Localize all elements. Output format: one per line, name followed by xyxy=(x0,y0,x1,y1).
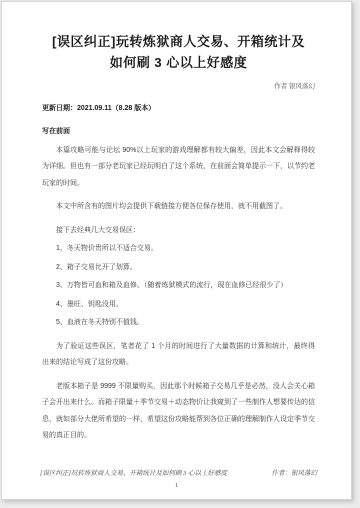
paragraph-intro: 本篇攻略可能与论坛 90%以上玩家的游戏理解都有较大偏差，因此本文会解释得较为详… xyxy=(42,143,315,193)
paragraph-misconceptions-lead: 接下去经典几大交易误区： xyxy=(42,223,315,240)
paragraph-old-version: 老版本箱子是 9999 不限量购买，因此那个时候箱子交易几乎是必然，没人会关心箱… xyxy=(42,379,315,445)
list-item: 4、墨旺、钥匙没用。 xyxy=(42,297,315,314)
list-item: 1、冬天物价贵所以不适合交易。 xyxy=(42,241,315,258)
document-page: [误区纠正]玩转炼狱商人交易、开箱统计及 如何刷 3 心以上好感度 作者 银风落… xyxy=(1,1,352,500)
footer-author: 作者：银风落幻 xyxy=(272,468,318,477)
list-item: 2、箱子交易比开了划算。 xyxy=(42,260,315,277)
footer-title: [误区纠正]玩转炼狱商人交易、开箱统计及如何刷 3 心以上好感度 xyxy=(40,468,227,477)
page-footer: [误区纠正]玩转炼狱商人交易、开箱统计及如何刷 3 心以上好感度 作者：银风落幻 xyxy=(40,468,317,477)
title-line-2: 如何刷 3 心以上好感度 xyxy=(42,53,315,74)
section-heading-foreword: 写在前面 xyxy=(42,126,315,136)
paragraph-images-note: 本文中所含有的图片均会提供下载链接方便各位保存使用，就不用截图了。 xyxy=(42,199,315,216)
paragraph-verification: 为了验证这些误区，笔者花了 1 个月的时间进行了大量数据的计算和统计，最终得出来… xyxy=(42,339,315,372)
author-byline: 作者 银风落幻 xyxy=(42,81,315,90)
title-line-1: [误区纠正]玩转炼狱商人交易、开箱统计及 xyxy=(42,32,315,53)
page-title: [误区纠正]玩转炼狱商人交易、开箱统计及 如何刷 3 心以上好感度 xyxy=(42,32,315,74)
page-number: 1 xyxy=(2,482,351,489)
document-viewer: [误区纠正]玩转炼狱商人交易、开箱统计及 如何刷 3 心以上好感度 作者 银风落… xyxy=(0,0,360,508)
update-date: 更新日期：2021.09.11（8.28 版本） xyxy=(42,103,315,113)
list-item: 5、血液在冬天特别不值钱。 xyxy=(42,315,315,332)
misconception-list: 1、冬天物价贵所以不适合交易。 2、箱子交易比开了划算。 3、万物皆可血和箱及血… xyxy=(42,241,315,332)
list-item: 3、万物皆可血和箱及血修。（随着炼狱模式的流行，现在血修已经很少了） xyxy=(42,278,315,295)
